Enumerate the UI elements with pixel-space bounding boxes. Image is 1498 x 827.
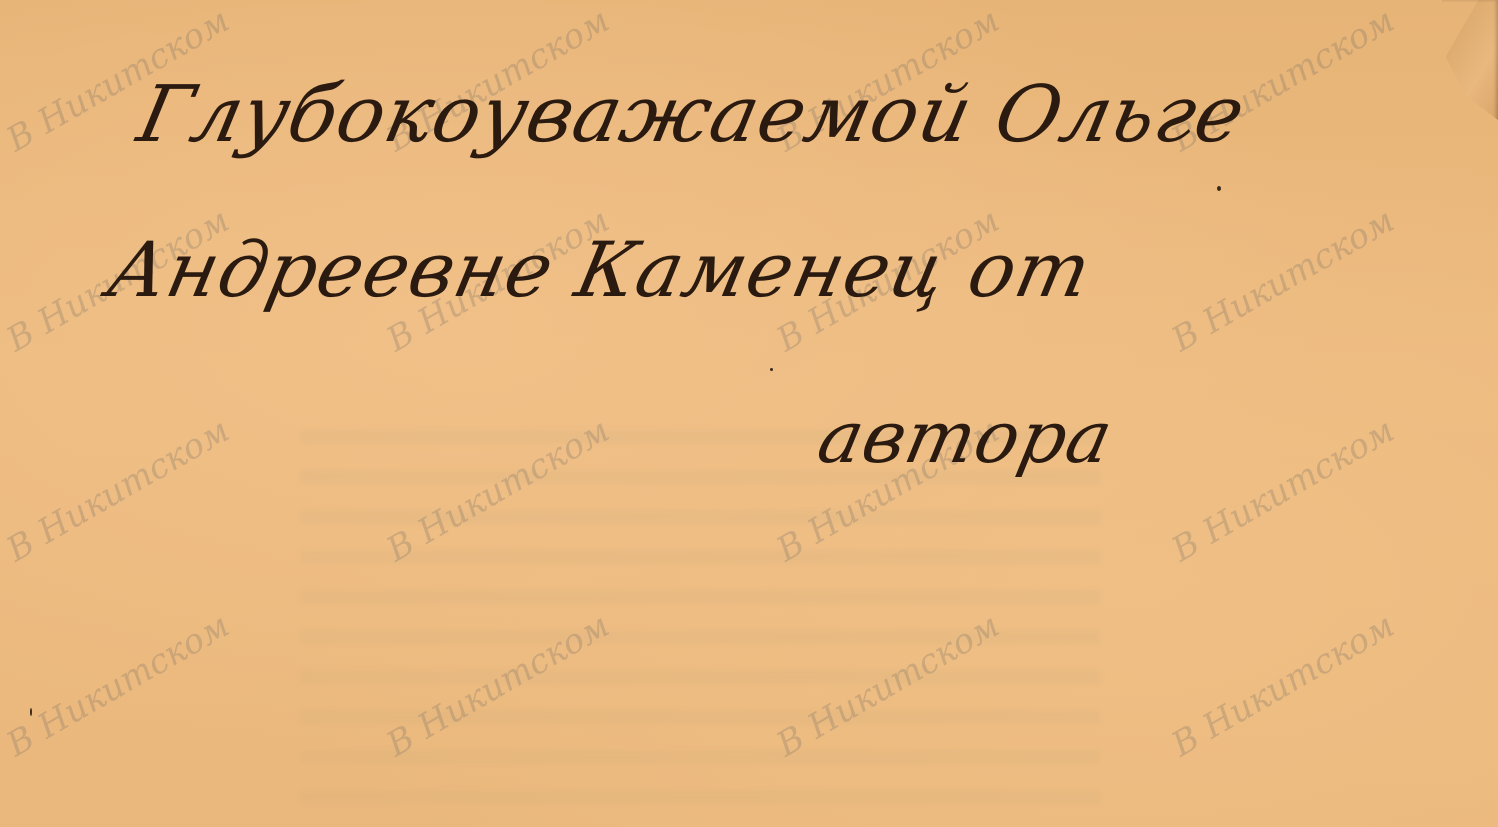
bleed-through-print (300, 430, 1100, 810)
inscription-line-2: Андреевне Каменец от (101, 225, 1100, 314)
ink-speck (30, 708, 32, 716)
inscription-line-1: Глубокоуважаемой Ольге (130, 70, 1253, 160)
ink-speck (770, 368, 773, 371)
inscription-line-3: автора (811, 395, 1120, 479)
ink-speck (1217, 186, 1221, 191)
